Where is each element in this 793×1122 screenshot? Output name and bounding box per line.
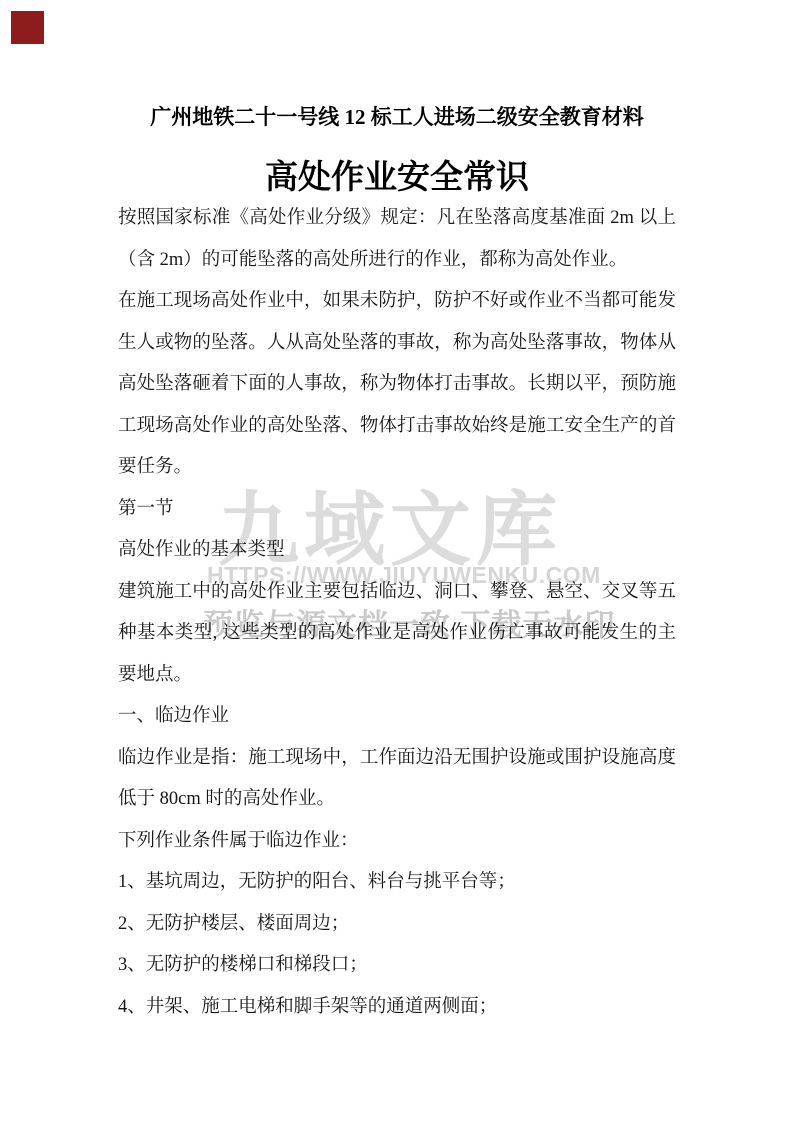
list-item-1: 1、基坑周边，无防护的阳台、料台与挑平台等； — [118, 862, 676, 904]
list-item-4: 4、井架、施工电梯和脚手架等的通道两侧面； — [118, 987, 676, 1029]
document-subtitle: 广州地铁二十一号线 12 标工人进场二级安全教育材料 — [118, 104, 676, 130]
list-item-2: 2、无防护楼层、楼面周边； — [118, 904, 676, 946]
paragraph-edge-definition: 临边作业是指：施工现场中，工作面边沿无围护设施或围护设施高度低于 80cm 时的… — [118, 738, 676, 821]
list-item-3: 3、无防护的楼梯口和梯段口； — [118, 945, 676, 987]
document-page: 九域文库 HTTPS://WWW.JIUYUWENKU.COM 预览与源文档一致… — [0, 0, 793, 1122]
document-body: 按照国家标准《高处作业分级》规定：凡在坠落高度基准面 2m 以上（含 2m）的可… — [118, 198, 676, 1028]
paragraph-five-types: 建筑施工中的高处作业主要包括临边、洞口、攀登、悬空、交叉等五种基本类型, 这些类… — [118, 572, 676, 697]
document-content: 广州地铁二十一号线 12 标工人进场二级安全教育材料 高处作业安全常识 按照国家… — [0, 0, 793, 1028]
paragraph-accident-overview: 在施工现场高处作业中，如果未防护，防护不好或作业不当都可能发生人或物的坠落。人从… — [118, 281, 676, 489]
section-label: 第一节 — [118, 489, 676, 531]
section-title-basic-types: 高处作业的基本类型 — [118, 530, 676, 572]
subsection-edge-work: 一、临边作业 — [118, 696, 676, 738]
paragraph-edge-conditions-lead: 下列作业条件属于临边作业： — [118, 821, 676, 863]
red-corner-marker — [11, 11, 44, 44]
document-title: 高处作业安全常识 — [118, 158, 676, 198]
paragraph-intro-definition: 按照国家标准《高处作业分级》规定：凡在坠落高度基准面 2m 以上（含 2m）的可… — [118, 198, 676, 281]
